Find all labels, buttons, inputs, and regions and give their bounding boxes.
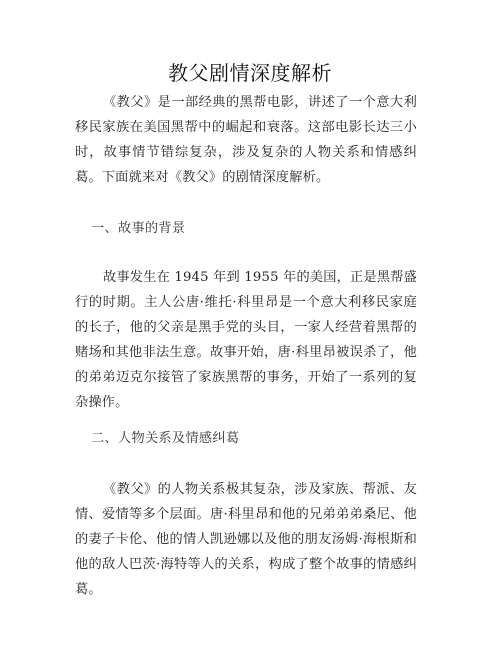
section-body-relationships: 《教父》的人物关系极其复杂，涉及家族、帮派、友情、爱情等多个层面。唐·科里昂和他…	[75, 477, 417, 602]
intro-paragraph: 《教父》是一部经典的黑帮电影，讲述了一个意大利移民家族在美国黑帮中的崛起和衰落。…	[75, 90, 417, 190]
document-title: 教父剧情深度解析	[0, 60, 500, 86]
section-body-background: 故事发生在 1945 年到 1955 年的美国，正是黑帮盛行的时期。主人公唐·维…	[75, 265, 417, 415]
document-page: 教父剧情深度解析 《教父》是一部经典的黑帮电影，讲述了一个意大利移民家族在美国黑…	[0, 0, 500, 647]
section-heading-relationships: 二、人物关系及情感纠葛	[91, 426, 239, 451]
section-heading-background: 一、故事的背景	[91, 216, 185, 241]
